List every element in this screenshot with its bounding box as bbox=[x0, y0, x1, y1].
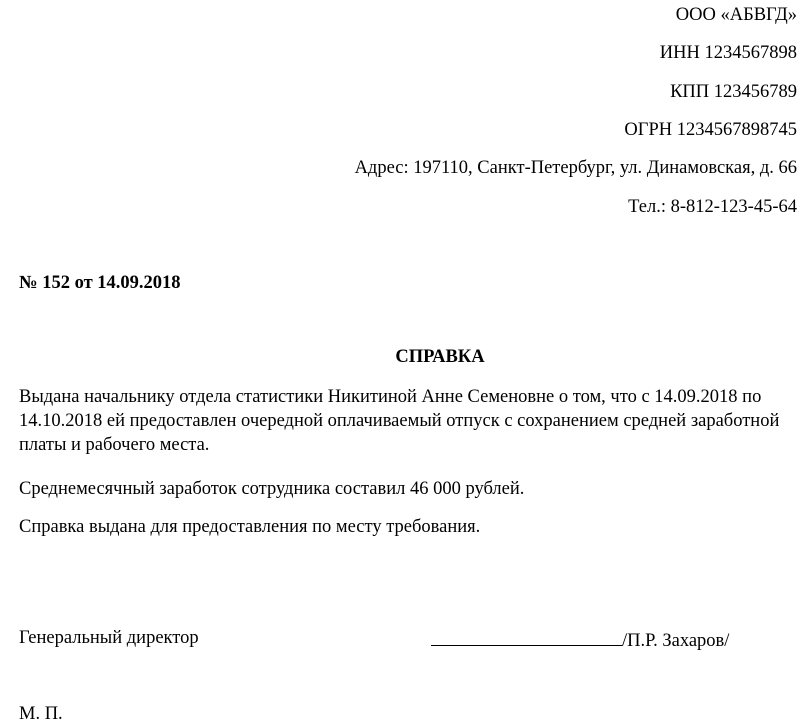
signature-block: /П.Р. Захаров/ bbox=[431, 628, 729, 652]
paragraph-purpose: Справка выдана для предоставления по мес… bbox=[19, 515, 804, 539]
document-title: СПРАВКА bbox=[0, 347, 812, 368]
document-number: № 152 от 14.09.2018 bbox=[19, 273, 181, 294]
paragraph-leave-info: Выдана начальнику отдела статистики Ники… bbox=[19, 385, 804, 457]
paragraph-salary: Среднемесячный заработок сотрудника сост… bbox=[19, 477, 804, 501]
signatory-name: /П.Р. Захаров/ bbox=[622, 631, 729, 651]
company-phone: Тел.: 8-812-123-45-64 bbox=[628, 197, 797, 218]
company-address: Адрес: 197110, Санкт-Петербург, ул. Дина… bbox=[355, 158, 797, 179]
company-inn: ИНН 1234567898 bbox=[660, 43, 797, 64]
stamp-place: М. П. bbox=[19, 704, 63, 724]
company-ogrn: ОГРН 1234567898745 bbox=[624, 120, 797, 141]
company-name: ООО «АБВГД» bbox=[676, 5, 797, 26]
company-kpp: КПП 123456789 bbox=[670, 82, 797, 103]
signature-line bbox=[431, 628, 622, 646]
signatory-position: Генеральный директор bbox=[19, 628, 199, 649]
